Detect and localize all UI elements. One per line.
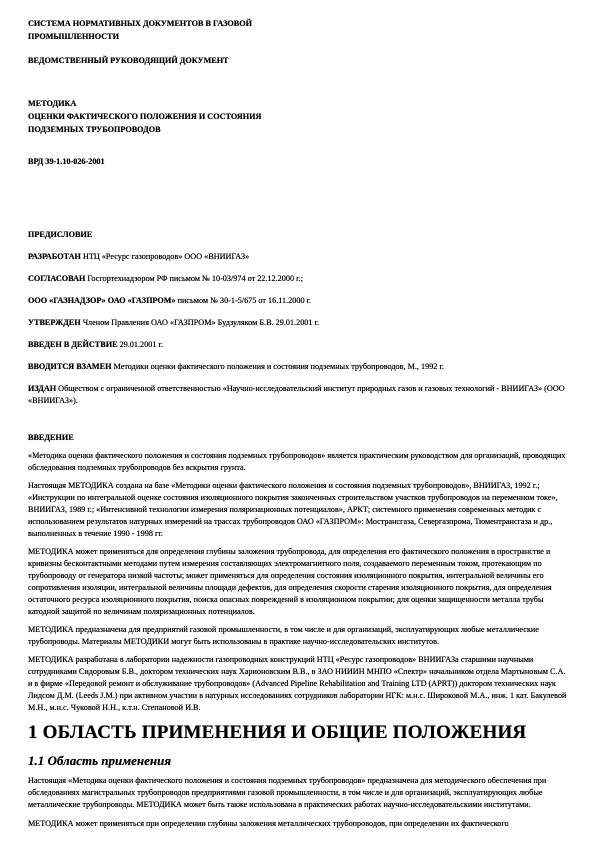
section-1-1-paragraph: МЕТОДИКА может применяться при определен…	[28, 818, 567, 830]
preface-item: УТВЕРЖДЕН Членом Правления ОАО «ГАЗПРОМ»…	[28, 317, 567, 329]
preface-item-text: НТЦ «Ресурс газопроводов» ООО «ВНИИГАЗ»	[83, 252, 249, 261]
preface-item-lead: РАЗРАБОТАН	[28, 252, 81, 261]
doc-title: МЕТОДИКА ОЦЕНКИ ФАКТИЧЕСКОГО ПОЛОЖЕНИЯ И…	[28, 97, 567, 136]
preface-item: ИЗДАН Обществом с ограниченной ответстве…	[28, 383, 567, 407]
preface-item-lead: ИЗДАН	[28, 384, 56, 393]
introduction-paragraph: Настоящая МЕТОДИКА создана на базе «Мето…	[28, 480, 567, 540]
preface-item-text: Обществом с ограниченной ответственность…	[28, 384, 565, 405]
introduction-paragraph: МЕТОДИКА разработана в лаборатории надеж…	[28, 654, 567, 714]
section-1-heading: 1 ОБЛАСТЬ ПРИМЕНЕНИЯ И ОБЩИЕ ПОЛОЖЕНИЯ	[28, 722, 567, 744]
doc-kind-label: ВЕДОМСТВЕННЫЙ РУКОВОДЯЩИЙ ДОКУМЕНТ	[28, 54, 567, 67]
preface-item-text: письмом № 30-1-5/675 от 16.11.2000 г.	[178, 296, 311, 305]
section-1-1-heading: 1.1 Область применения	[28, 753, 567, 768]
doc-number: ВРД 39-1.10-026-2001	[28, 155, 567, 168]
preface-item-text: 29.01.2001 г.	[120, 340, 163, 349]
introduction-paragraph: «Методика оценки фактического положения …	[28, 450, 567, 474]
preface-item-lead: ВВЕДЕН В ДЕЙСТВИЕ	[28, 340, 118, 349]
preface-item-lead: ВВОДИТСЯ ВЗАМЕН	[28, 362, 111, 371]
preface-item: ООО «ГАЗНАДЗОР» ОАО «ГАЗПРОМ» письмом № …	[28, 295, 567, 307]
doc-system-label: СИСТЕМА НОРМАТИВНЫХ ДОКУМЕНТОВ В ГАЗОВОЙ…	[28, 17, 266, 43]
preface-item-lead: ООО «ГАЗНАДЗОР» ОАО «ГАЗПРОМ»	[28, 296, 176, 305]
doc-title-line: ПОДЗЕМНЫХ ТРУБОПРОВОДОВ	[28, 123, 567, 136]
preface-item-lead: СОГЛАСОВАН	[28, 274, 85, 283]
preface-item: СОГЛАСОВАН Госгортехнадзором РФ письмом …	[28, 273, 567, 285]
doc-title-line: МЕТОДИКА	[28, 97, 567, 110]
preface-item: ВВОДИТСЯ ВЗАМЕН Методики оценки фактичес…	[28, 361, 567, 373]
section-1-1-paragraph: Настоящая «Методика оценки фактического …	[28, 775, 567, 811]
introduction-paragraph: МЕТОДИКА предназначена для предприятий г…	[28, 624, 567, 648]
preface-item: ВВЕДЕН В ДЕЙСТВИЕ 29.01.2001 г.	[28, 339, 567, 351]
preface-item-text: Госгортехнадзором РФ письмом № 10-03/974…	[87, 274, 302, 283]
preface-item-text: Методики оценки фактического положения и…	[114, 362, 444, 371]
introduction-heading: ВВЕДЕНИЕ	[28, 432, 567, 444]
preface-item-lead: УТВЕРЖДЕН	[28, 318, 81, 327]
doc-title-line: ОЦЕНКИ ФАКТИЧЕСКОГО ПОЛОЖЕНИЯ И СОСТОЯНИ…	[28, 110, 567, 123]
preface-item: РАЗРАБОТАН НТЦ «Ресурс газопроводов» ООО…	[28, 251, 567, 263]
document-page: СИСТЕМА НОРМАТИВНЫХ ДОКУМЕНТОВ В ГАЗОВОЙ…	[0, 0, 595, 842]
preface-heading: ПРЕДИСЛОВИЕ	[28, 229, 567, 241]
preface-item-text: Членом Правления ОАО «ГАЗПРОМ» Будзуляко…	[83, 318, 319, 327]
introduction-paragraph: МЕТОДИКА может применяться для определен…	[28, 546, 567, 618]
